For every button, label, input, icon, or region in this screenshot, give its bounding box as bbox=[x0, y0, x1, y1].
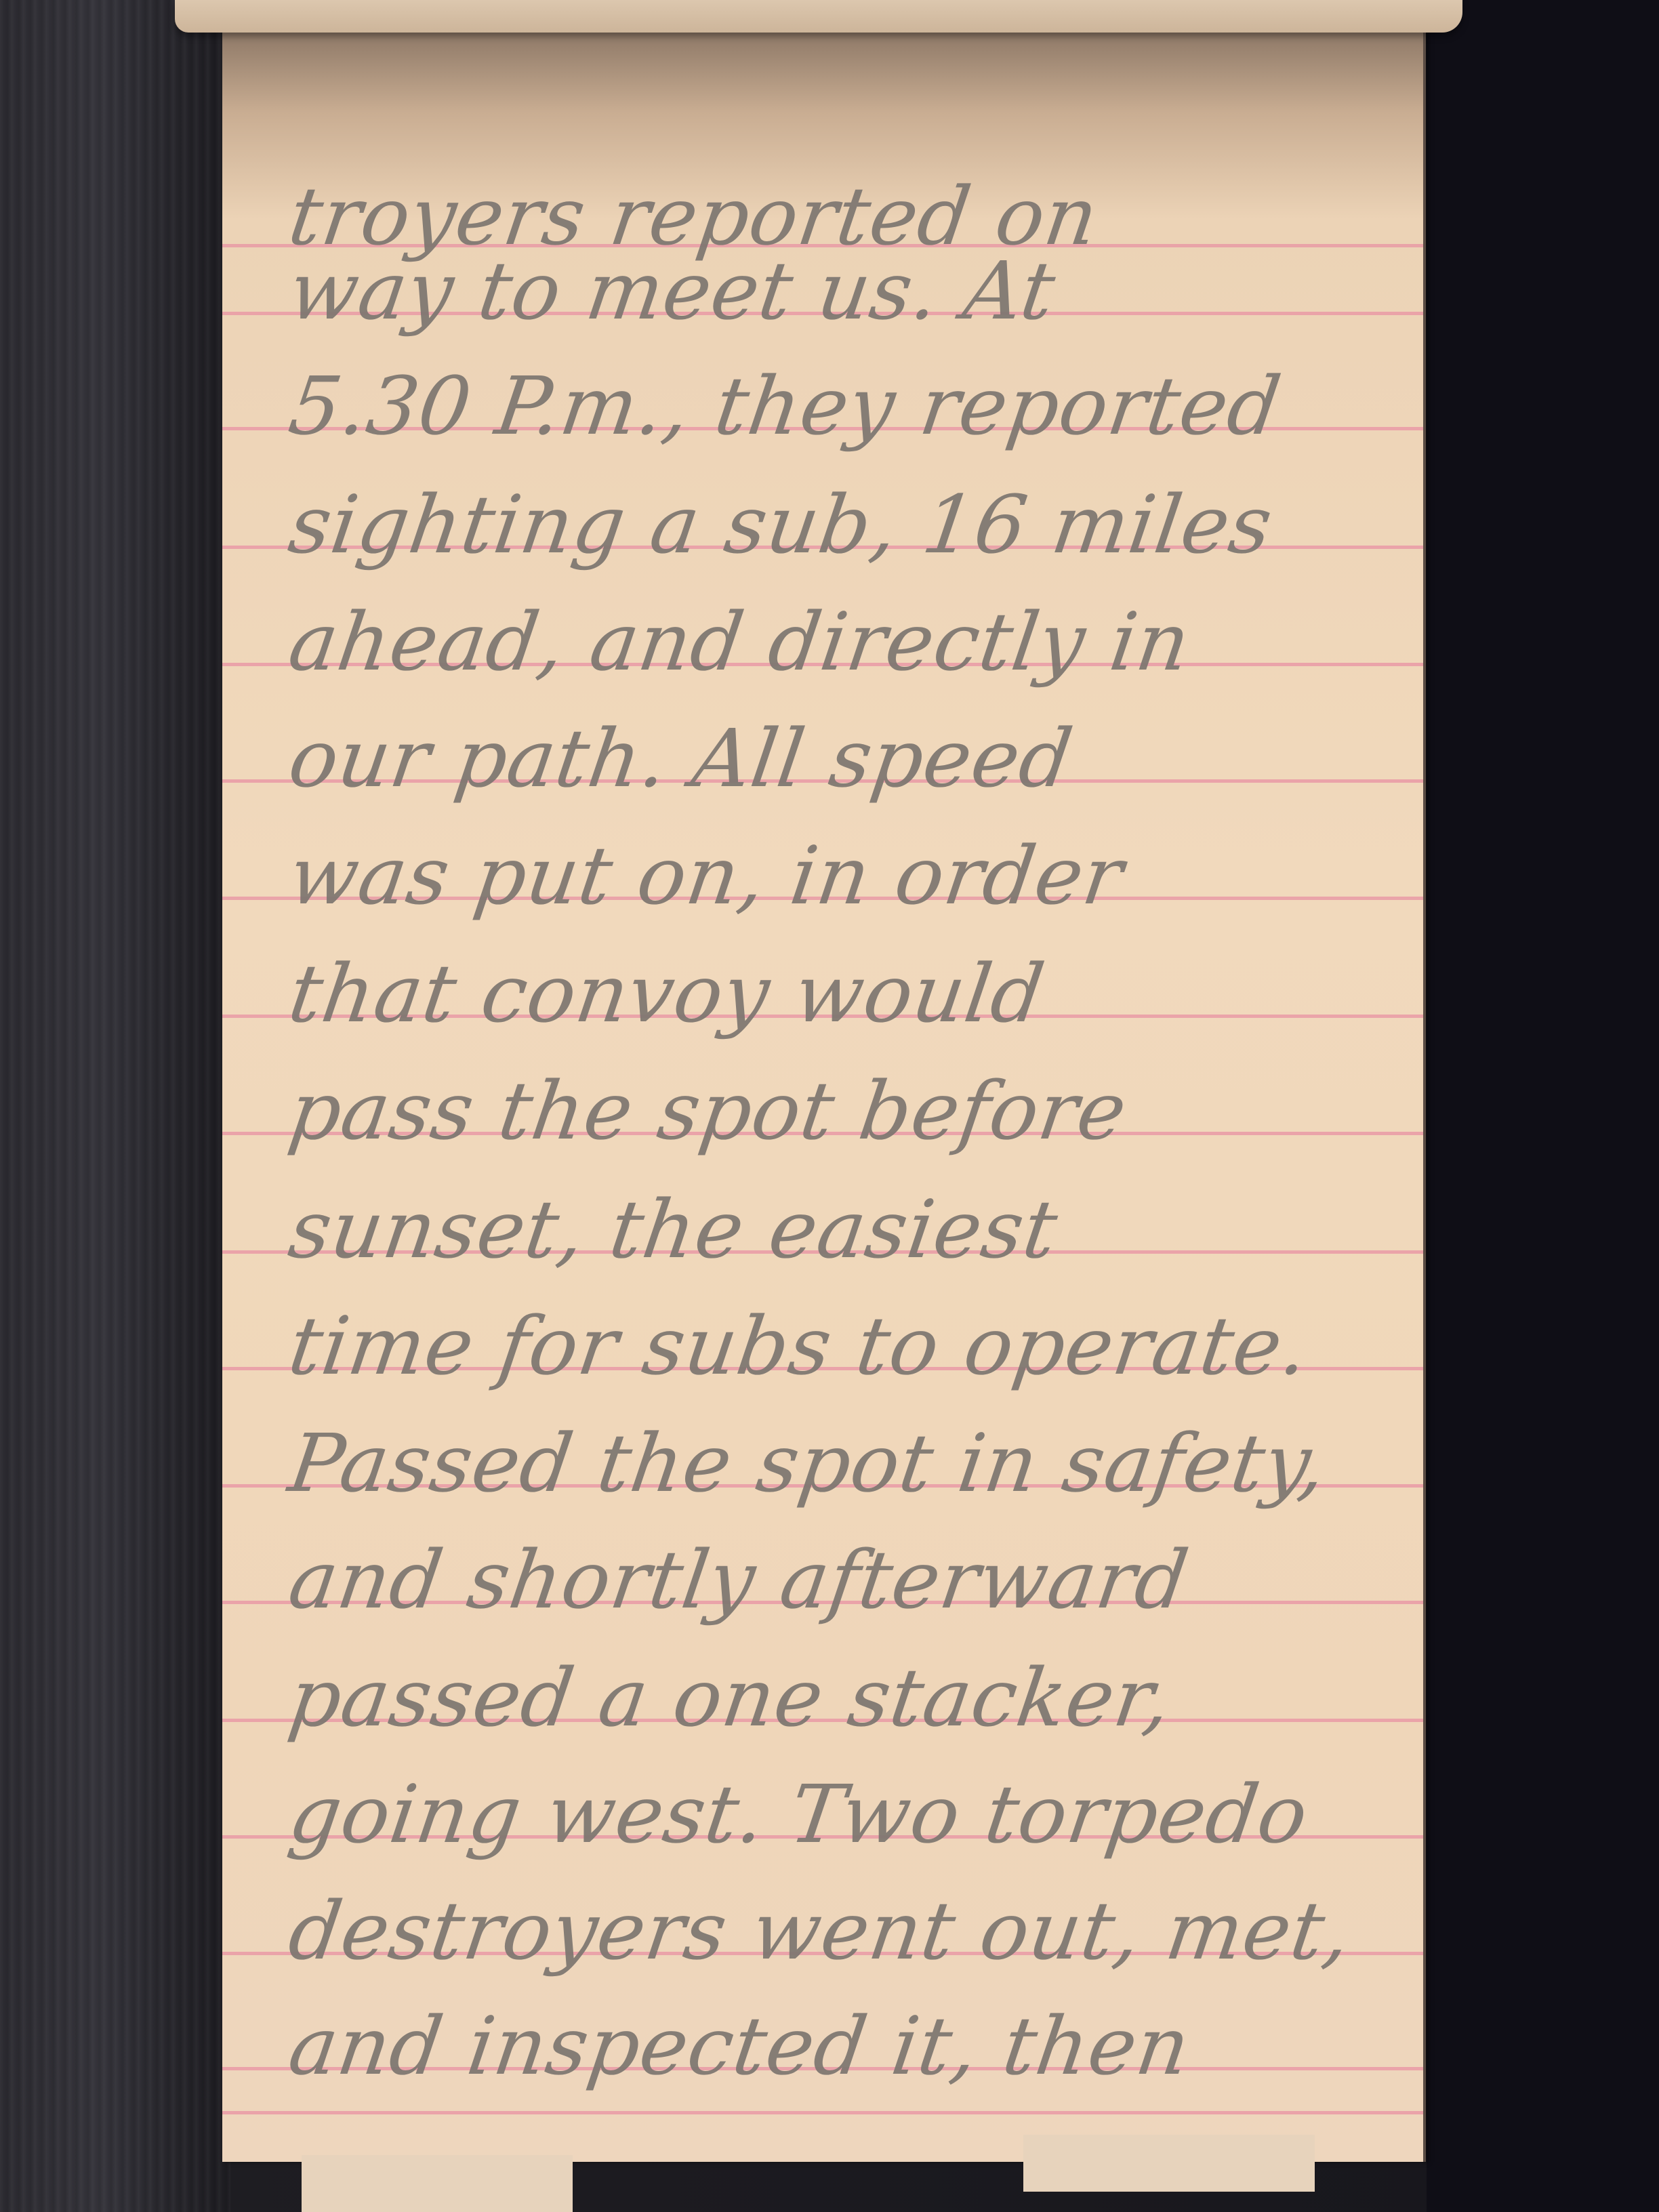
handwritten-line: Passed the spot in safety, bbox=[285, 1423, 1332, 1503]
handwritten-line: way to meet us. At bbox=[285, 251, 1061, 331]
desk-surface-left bbox=[0, 0, 230, 2212]
handwritten-line: ahead, and directly in bbox=[285, 602, 1195, 682]
notebook-page: troyers reported on way to meet us. At 5… bbox=[222, 27, 1426, 2162]
handwritten-line: and shortly afterward bbox=[285, 1540, 1193, 1620]
handwritten-line: was put on, in order bbox=[285, 836, 1128, 916]
folded-previous-page bbox=[175, 0, 1462, 33]
handwritten-line: sighting a sub, 16 miles bbox=[285, 485, 1277, 565]
handwritten-line: destroyers went out, met, bbox=[285, 1891, 1356, 1971]
torn-page-remnant bbox=[1023, 2135, 1315, 2192]
handwritten-line: sunset, the easiest bbox=[285, 1189, 1063, 1269]
handwritten-line: that convoy would bbox=[285, 954, 1050, 1033]
handwritten-line: time for subs to operate. bbox=[285, 1306, 1314, 1386]
torn-page-remnant bbox=[302, 2155, 573, 2212]
handwritten-line: our path. All speed bbox=[285, 718, 1078, 798]
rule-line bbox=[222, 2111, 1423, 2114]
desk-surface-right bbox=[1427, 0, 1659, 2212]
handwritten-line: 5.30 P.m., they reported bbox=[285, 366, 1286, 446]
handwritten-line: passed a one stacker, bbox=[285, 1658, 1176, 1738]
handwritten-line: and inspected it, then bbox=[285, 2006, 1195, 2086]
handwritten-line: going west. Two torpedo bbox=[285, 1774, 1313, 1854]
handwritten-line: pass the spot before bbox=[285, 1071, 1132, 1151]
